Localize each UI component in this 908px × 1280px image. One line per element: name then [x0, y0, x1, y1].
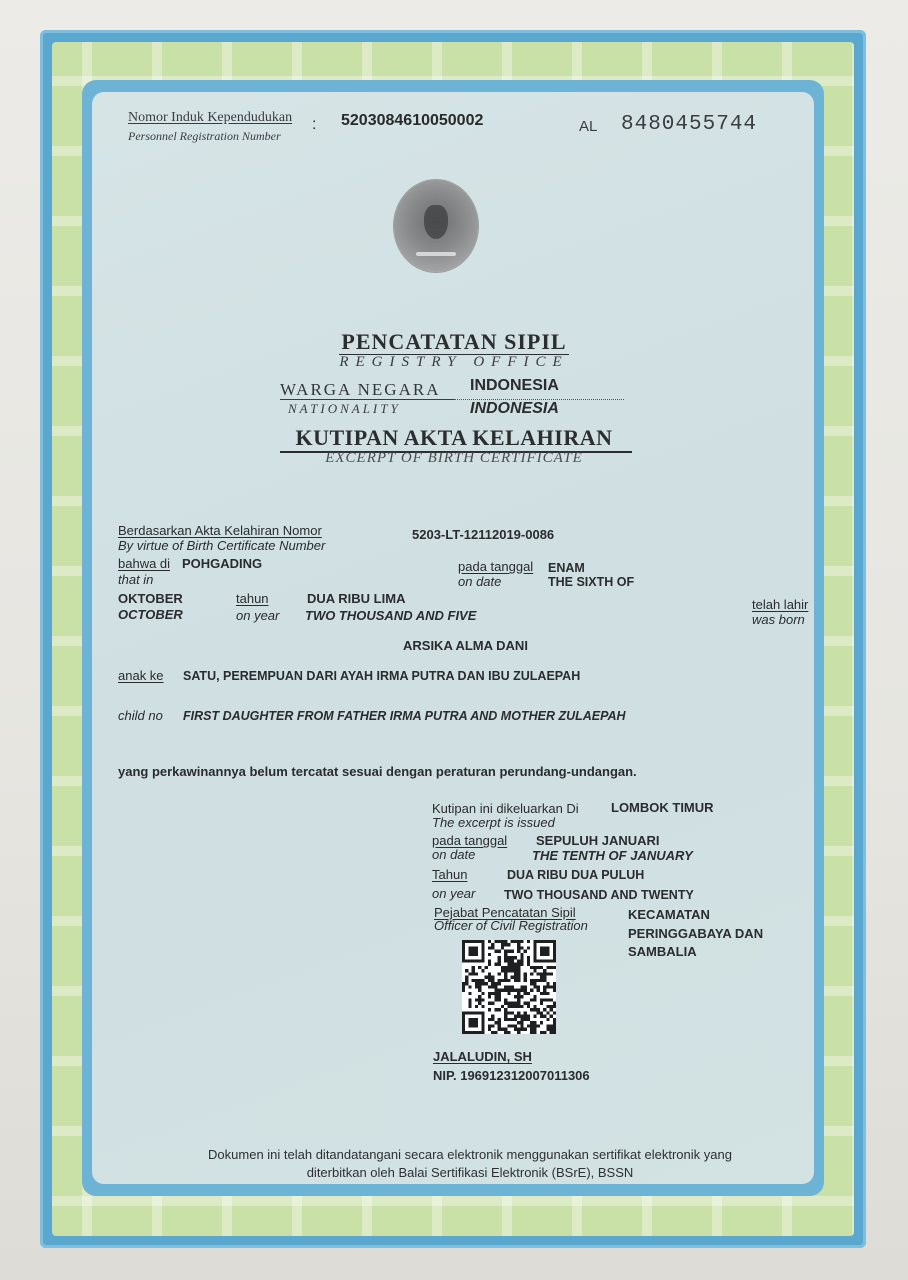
- nationality-label-en: NATIONALITY: [288, 401, 401, 417]
- office-line-1: KECAMATAN: [628, 907, 710, 922]
- serial-prefix: AL: [579, 118, 597, 135]
- child-no-value: SATU, PEREMPUAN DARI AYAH IRMA PUTRA DAN…: [183, 669, 580, 683]
- issued-label: Kutipan ini dikeluarkan Di: [432, 801, 579, 816]
- nationality-label: WARGA NEGARA: [280, 380, 440, 400]
- document-title-en: EXCERPT OF BIRTH CERTIFICATE: [0, 450, 908, 467]
- birth-month-value: OKTOBER: [118, 591, 183, 606]
- birth-date-label-en: on date: [458, 574, 501, 589]
- birth-month-value-en: OCTOBER: [118, 607, 183, 622]
- birth-date-label: pada tanggal: [458, 559, 533, 574]
- born-label: telah lahir: [752, 597, 808, 612]
- child-no-label-en: child no: [118, 708, 163, 723]
- birth-year-label-en: on year: [236, 608, 279, 623]
- nationality-value-en: INDONESIA: [470, 400, 559, 418]
- issue-date-value: SEPULUH JANUARI: [536, 833, 660, 848]
- officer-nip: NIP. 196912312007011306: [433, 1068, 590, 1083]
- birth-day-value-en: THE SIXTH OF: [548, 575, 634, 589]
- office-line-3: SAMBALIA: [628, 944, 697, 959]
- issue-year-value: DUA RIBU DUA PULUH: [507, 868, 644, 882]
- issue-year-label-en: on year: [432, 886, 475, 901]
- garuda-emblem-icon: [394, 180, 478, 272]
- marriage-note: yang perkawinannya belum tercatat sesuai…: [118, 764, 637, 779]
- place-value: POHGADING: [182, 556, 262, 571]
- child-name: ARSIKA ALMA DANI: [403, 638, 528, 653]
- footer-line-2: diterbitkan oleh Balai Sertifikasi Elekt…: [0, 1165, 908, 1180]
- emblem-figure: [424, 205, 448, 239]
- cert-number-value: 5203-LT-12112019-0086: [412, 527, 554, 542]
- child-no-value-en: FIRST DAUGHTER FROM FATHER IRMA PUTRA AN…: [183, 709, 626, 723]
- issue-date-value-en: THE TENTH OF JANUARY: [532, 848, 693, 863]
- place-label-en: that in: [118, 572, 153, 587]
- qr-code-icon: [462, 940, 556, 1034]
- office-line-2: PERINGGABAYA DAN: [628, 926, 763, 941]
- office-title: PENCATATAN SIPIL: [0, 329, 908, 355]
- cert-number-label: Berdasarkan Akta Kelahiran Nomor: [118, 523, 322, 538]
- footer-line-1: Dokumen ini telah ditandatangani secara …: [0, 1147, 908, 1162]
- nationality-rule: [280, 399, 454, 400]
- officer-name: JALALUDIN, SH: [433, 1049, 532, 1064]
- document-title: KUTIPAN AKTA KELAHIRAN: [0, 425, 908, 451]
- nik-value: 5203084610050002: [341, 112, 483, 130]
- cert-number-label-en: By virtue of Birth Certificate Number: [118, 538, 325, 553]
- issue-year-label: Tahun: [432, 867, 467, 882]
- birth-year-label: tahun: [236, 591, 269, 606]
- nik-label-en: Personnel Registration Number: [128, 129, 281, 144]
- emblem-ribbon: [416, 252, 456, 256]
- nationality-value: INDONESIA: [470, 377, 559, 395]
- nik-colon: :: [312, 116, 316, 134]
- born-label-en: was born: [752, 612, 805, 627]
- birth-year-value-en: TWO THOUSAND AND FIVE: [305, 608, 476, 623]
- issue-date-label-en: on date: [432, 847, 475, 862]
- issue-date-label: pada tanggal: [432, 833, 507, 848]
- nik-label: Nomor Induk Kependudukan: [128, 110, 292, 126]
- office-title-text: PENCATATAN SIPIL: [339, 329, 568, 355]
- issued-label-en: The excerpt is issued: [432, 815, 555, 830]
- office-title-en: REGISTRY OFFICE: [0, 354, 908, 371]
- place-label: bahwa di: [118, 556, 170, 571]
- issued-place: LOMBOK TIMUR: [611, 800, 714, 815]
- child-no-label: anak ke: [118, 668, 164, 683]
- birth-year-value: DUA RIBU LIMA: [307, 591, 405, 606]
- birth-day-value: ENAM: [548, 561, 585, 575]
- issue-year-value-en: TWO THOUSAND AND TWENTY: [504, 888, 694, 902]
- serial-number: 8480455744: [621, 113, 757, 136]
- officer-label-en: Officer of Civil Registration: [434, 918, 588, 933]
